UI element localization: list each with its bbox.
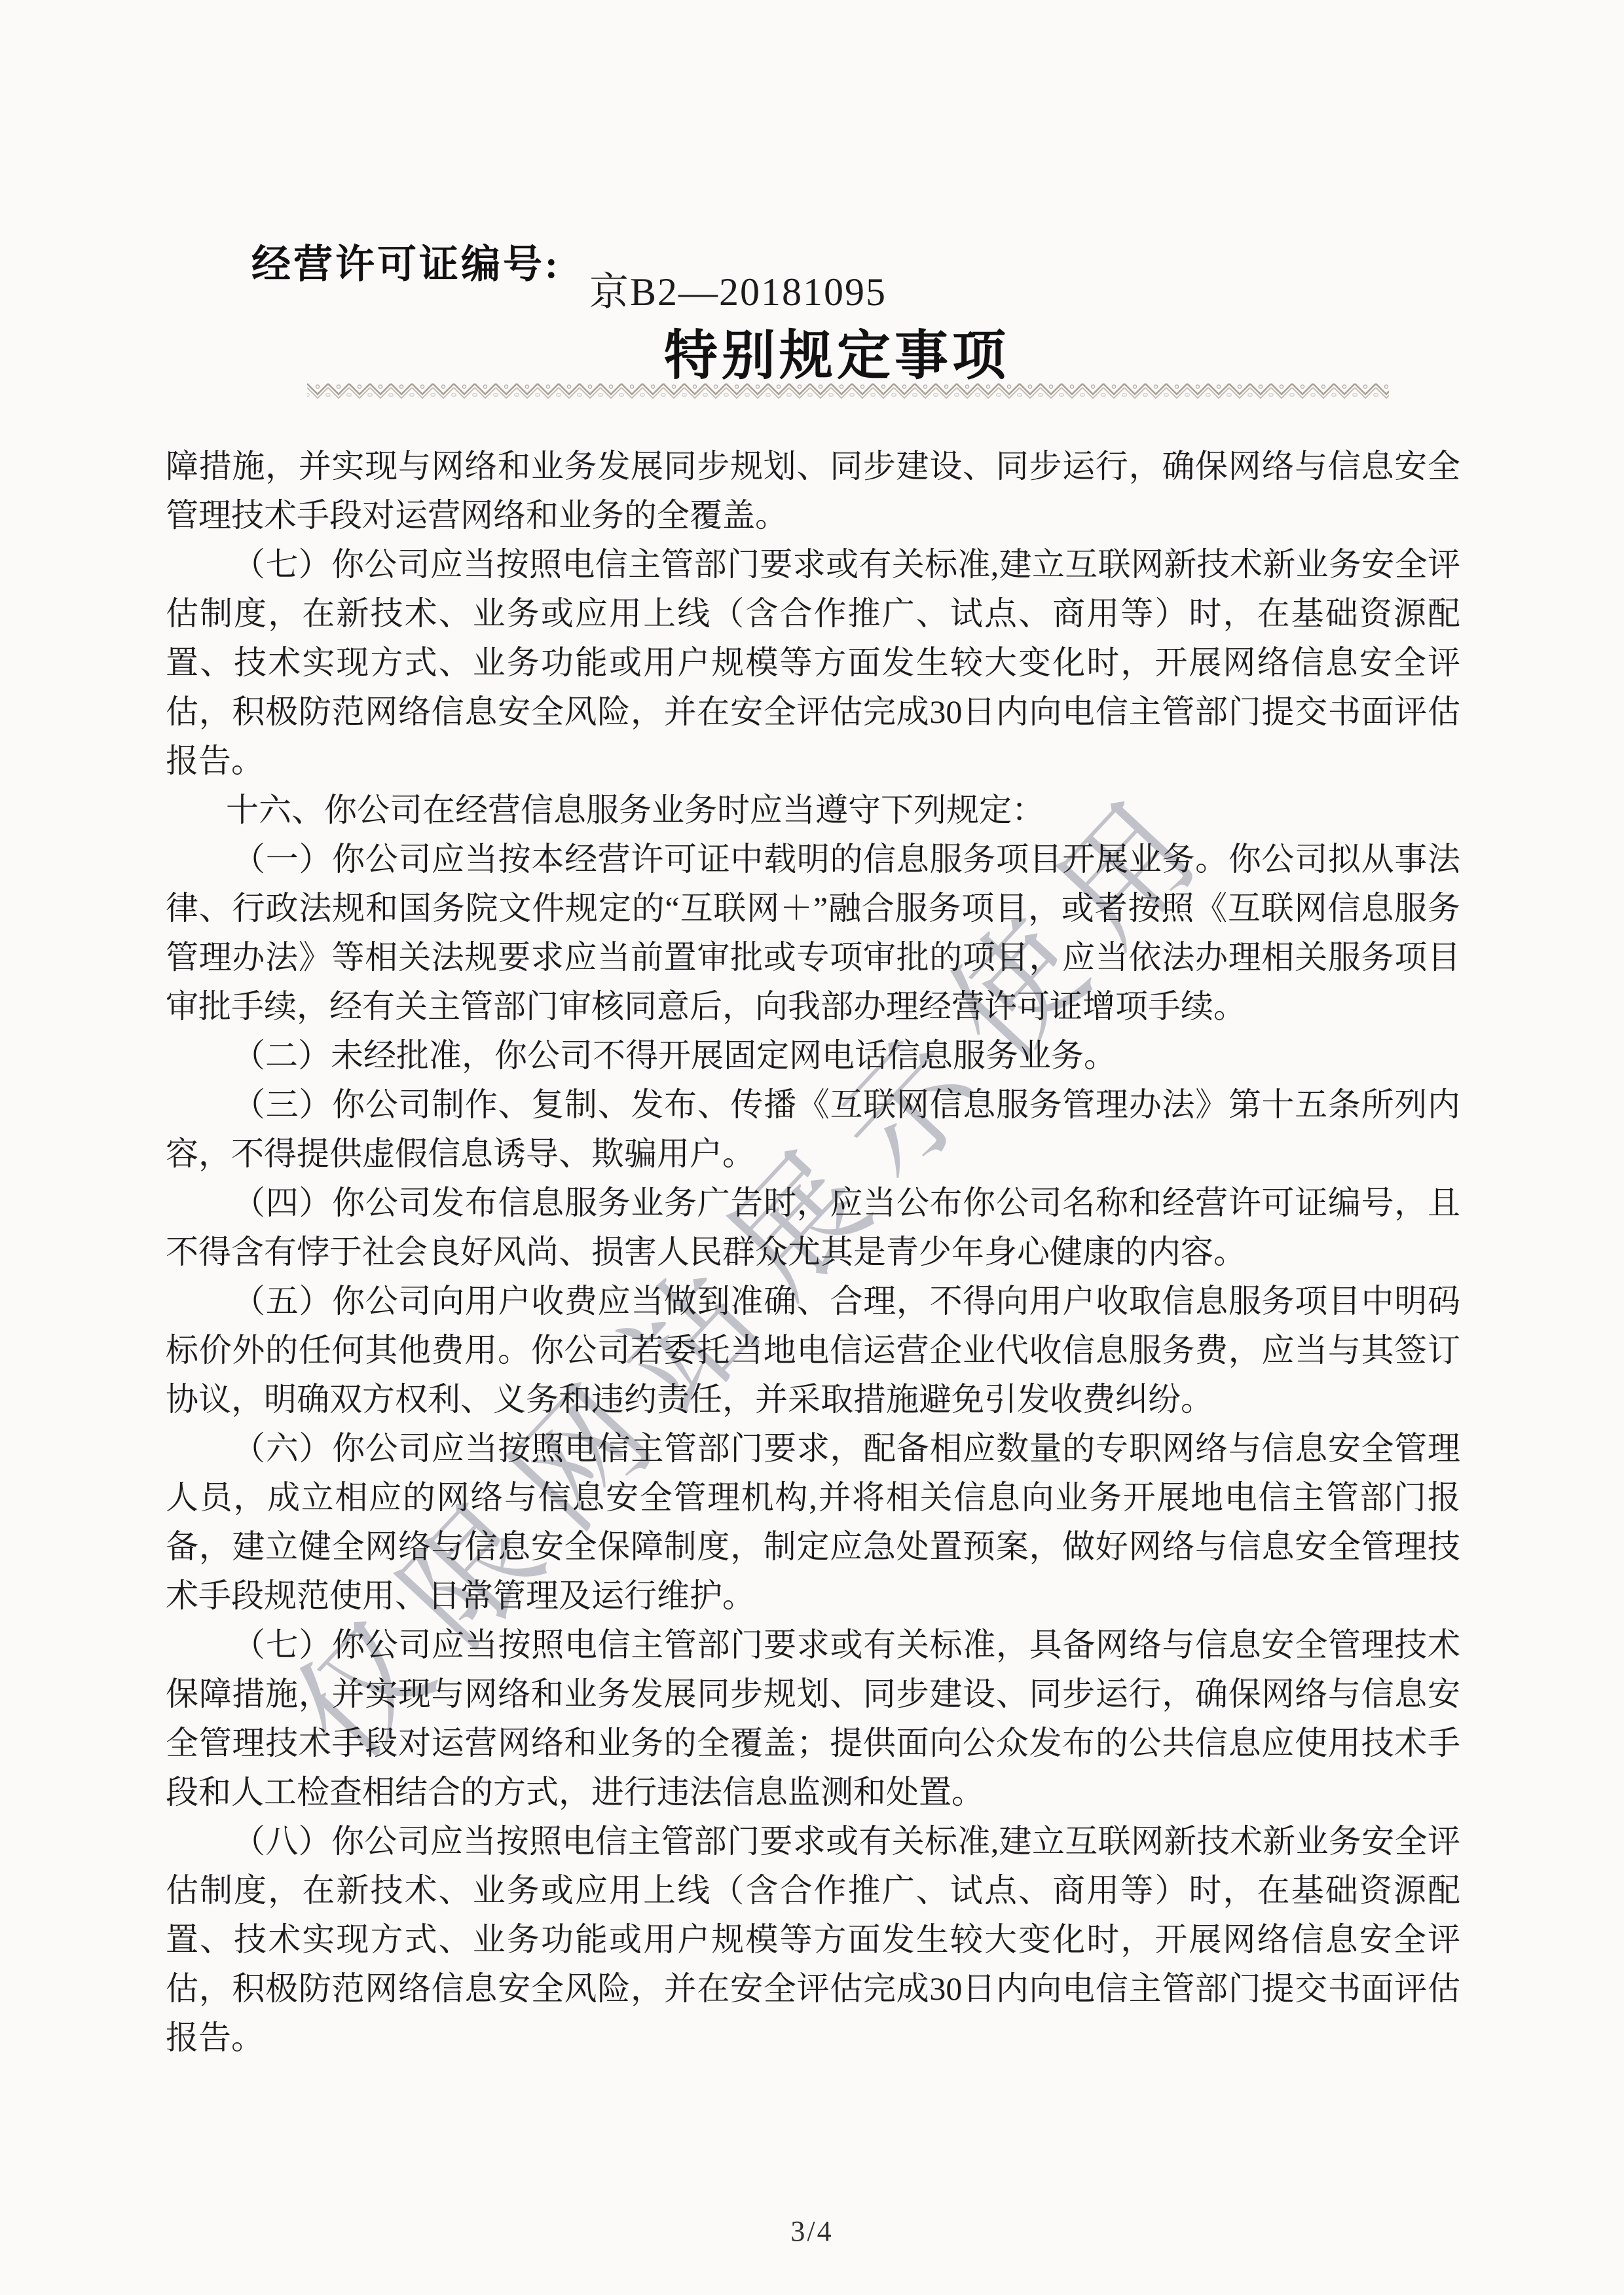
paragraph: （七）你公司应当按照电信主管部门要求或有关标准,建立互联网新技术新业务安全评估制… (166, 540, 1460, 786)
license-number-value: 京B2—20181095 (589, 261, 887, 317)
paragraph: （八）你公司应当按照电信主管部门要求或有关标准,建立互联网新技术新业务安全评估制… (166, 1817, 1460, 2063)
document-page: 经营许可证编号: 京B2—20181095 特别规定事项 仅限网站展示使用 障措… (0, 0, 1624, 2295)
paragraph: （六）你公司应当按照电信主管部门要求，配备相应数量的专职网络与信息安全管理人员，… (166, 1424, 1460, 1621)
page-title: 特别规定事项 (25, 313, 1624, 390)
license-number-label: 经营许可证编号: (251, 233, 561, 289)
paragraph: （二）未经批准，你公司不得开展固定网电话信息服务业务。 (166, 1031, 1460, 1080)
paragraph: （七）你公司应当按照电信主管部门要求或有关标准，具备网络与信息安全管理技术保障措… (166, 1621, 1460, 1817)
paragraph: （三）你公司制作、复制、发布、传播《互联网信息服务管理办法》第十五条所列内容，不… (166, 1080, 1460, 1179)
paragraph: 十六、你公司在经营信息服务业务时应当遵守下列规定： (166, 786, 1460, 835)
paragraph: （四）你公司发布信息服务业务广告时，应当公布你公司名称和经营许可证编号，且不得含… (166, 1179, 1460, 1277)
paragraph: （五）你公司向用户收费应当做到准确、合理，不得向用户收取信息服务项目中明码标价外… (166, 1277, 1460, 1424)
page-number: 3/4 (0, 2214, 1624, 2248)
document-body: 障措施，并实现与网络和业务发展同步规划、同步建设、同步运行，确保网络与信息安全管… (166, 442, 1460, 2063)
ornament-divider (307, 382, 1389, 400)
paragraph: 障措施，并实现与网络和业务发展同步规划、同步建设、同步运行，确保网络与信息安全管… (166, 442, 1460, 540)
paragraph: （一）你公司应当按本经营许可证中载明的信息服务项目开展业务。你公司拟从事法律、行… (166, 835, 1460, 1031)
